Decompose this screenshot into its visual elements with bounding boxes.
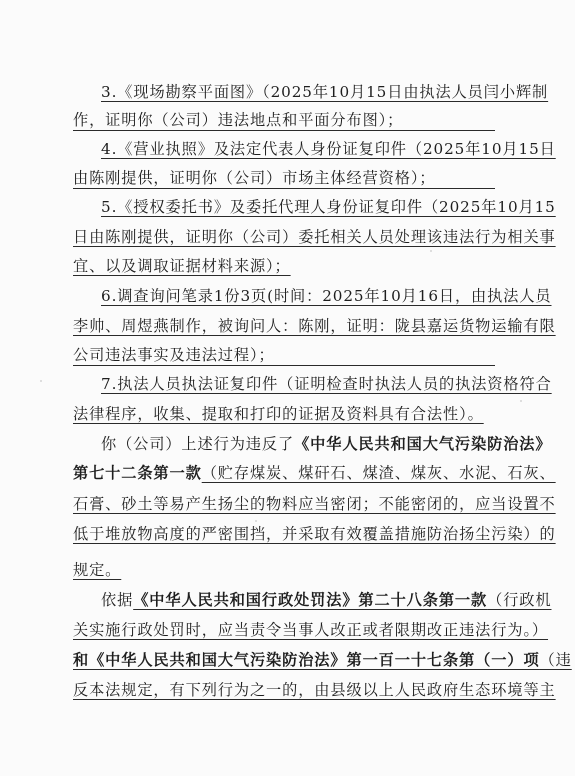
line-content: 和《中华人民共和国大气污染防治法》第一百一十七条第（一）项（违 [73,651,572,669]
document-line: 你（公司）上述行为违反了《中华人民共和国大气污染防治法》 [101,434,495,456]
body-text: 5.《授权委托书》及委托代理人身份证复印件（2025年10月15 [101,198,556,216]
document-line: 7.执法人员执法证复印件（证明检查时执法人员的执法资格符合 [101,374,495,396]
document-line: 低于堆放物高度的严密围挡，并采取有效覆盖措施防治扬尘污染）的 [73,524,495,546]
line-content: 低于堆放物高度的严密围挡，并采取有效覆盖措施防治扬尘污染）的 [73,525,556,543]
document-line: 作，证明你（公司）违法地点和平面分布图）； [73,110,495,132]
body-text: 公司违法事实及违法过程）； [73,346,275,364]
body-text: 反本法规定，有下列行为之一的，由县级以上人民政府生态环境等主 [73,681,556,699]
body-text: （贮存煤炭、煤矸石、煤渣、煤灰、水泥、石灰、 [202,464,556,482]
document-line: 宜、以及调取证据材料来源）； [73,256,495,278]
body-text: 作，证明你（公司）违法地点和平面分布图）； [73,111,403,129]
body-text: 6.调查询问笔录1份3页(时间：2025年10月16日，由执法人员 [101,287,552,305]
line-content: 关实施行政处罚时，应当责令当事人改正或者限期改正违法行为。） [73,621,548,639]
body-text: 4.《营业执照》及法定代表人身份证复印件（2025年10月15日 [101,140,556,158]
body-text: 低于堆放物高度的严密围挡，并采取有效覆盖措施防治扬尘污染）的 [73,525,556,543]
line-content: 日由陈刚提供，证明你（公司）委托相关人员处理该违法行为相关事 [73,228,556,246]
line-content: 作，证明你（公司）违法地点和平面分布图）； [73,110,495,131]
document-line: 反本法规定，有下列行为之一的，由县级以上人民政府生态环境等主 [73,680,495,702]
body-text: 法律程序，收集、提取和打印的证据及资料具有合法性）。 [73,405,484,423]
line-content: 依据《中华人民共和国行政处罚法》第二十八条第一款（行政机 [101,591,551,609]
document-line: 公司违法事实及违法过程）； [73,345,495,367]
body-text: 李帅、周煜燕制作，被询问人：陈刚，证明：陇县嘉运货物运输有限 [73,317,556,335]
body-text: （违 [540,651,572,669]
body-text: 3.《现场勘察平面图》（2025年10月15日由执法人员闫小辉制 [101,83,548,101]
line-content: 法律程序，收集、提取和打印的证据及资料具有合法性）。 [73,405,484,423]
line-content: 规定。 [73,561,121,579]
document-line: 4.《营业执照》及法定代表人身份证复印件（2025年10月15日 [101,139,495,161]
line-content: 由陈刚提供，证明你（公司）市场主体经营资格）； [73,168,495,189]
document-line: 关实施行政处罚时，应当责令当事人改正或者限期改正违法行为。） [73,620,495,642]
line-content: 5.《授权委托书》及委托代理人身份证复印件（2025年10月15 [101,198,556,216]
document-line: 石膏、砂土等易产生扬尘的物料应当密闭；不能密闭的，应当设置不 [73,494,495,516]
law-reference-text: 和《中华人民共和国大气污染防治法》第一百一十七条第（一）项 [73,651,540,669]
line-content: 第七十二条第一款（贮存煤炭、煤矸石、煤渣、煤灰、水泥、石灰、 [73,464,556,482]
line-content: 宜、以及调取证据材料来源）； [73,257,291,275]
line-content: 石膏、砂土等易产生扬尘的物料应当密闭；不能密闭的，应当设置不 [73,495,556,513]
body-text: 石膏、砂土等易产生扬尘的物料应当密闭；不能密闭的，应当设置不 [73,495,556,513]
body-text: （行政机 [487,591,551,609]
document-line: 6.调查询问笔录1份3页(时间：2025年10月16日，由执法人员 [101,286,495,308]
body-text: 依据 [101,591,133,609]
document-line: 日由陈刚提供，证明你（公司）委托相关人员处理该违法行为相关事 [73,227,495,249]
document-line: 法律程序，收集、提取和打印的证据及资料具有合法性）。 [73,404,495,426]
body-text: 日由陈刚提供，证明你（公司）委托相关人员处理该违法行为相关事 [73,228,556,246]
document-line: 5.《授权委托书》及委托代理人身份证复印件（2025年10月15 [101,197,495,219]
document-line: 和《中华人民共和国大气污染防治法》第一百一十七条第（一）项（违 [73,650,495,672]
document-line: 规定。 [73,560,495,582]
line-content: 李帅、周煜燕制作，被询问人：陈刚，证明：陇县嘉运货物运输有限 [73,317,556,335]
line-content: 反本法规定，有下列行为之一的，由县级以上人民政府生态环境等主 [73,681,556,699]
document-line: 3.《现场勘察平面图》（2025年10月15日由执法人员闫小辉制 [101,82,495,104]
line-content: 公司违法事实及违法过程）； [73,345,495,366]
law-reference-text: 《中华人民共和国行政处罚法》第二十八条第一款 [133,591,487,609]
body-text: 关实施行政处罚时，应当责令当事人改正或者限期改正违法行为。） [73,621,548,639]
line-content: 7.执法人员执法证复印件（证明检查时执法人员的执法资格符合 [101,375,552,393]
body-text: 规定。 [73,561,121,579]
body-text: 7.执法人员执法证复印件（证明检查时执法人员的执法资格符合 [101,375,552,393]
law-reference-text: 《中华人民共和国大气污染防治法》 [294,435,551,453]
line-content: 4.《营业执照》及法定代表人身份证复印件（2025年10月15日 [101,140,556,158]
body-text: 由陈刚提供，证明你（公司）市场主体经营资格）； [73,169,435,187]
document-line: 由陈刚提供，证明你（公司）市场主体经营资格）； [73,168,495,190]
document-line: 第七十二条第一款（贮存煤炭、煤矸石、煤渣、煤灰、水泥、石灰、 [73,463,495,485]
document-line: 李帅、周煜燕制作，被询问人：陈刚，证明：陇县嘉运货物运输有限 [73,316,495,338]
body-text: 你（公司）上述行为违反了 [101,435,294,453]
body-text: 宜、以及调取证据材料来源）； [73,257,291,275]
document-page: 3.《现场勘察平面图》（2025年10月15日由执法人员闫小辉制作，证明你（公司… [0,0,575,776]
document-line: 依据《中华人民共和国行政处罚法》第二十八条第一款（行政机 [101,590,495,612]
line-content: 3.《现场勘察平面图》（2025年10月15日由执法人员闫小辉制 [101,83,548,101]
line-content: 6.调查询问笔录1份3页(时间：2025年10月16日，由执法人员 [101,287,552,305]
line-content: 你（公司）上述行为违反了《中华人民共和国大气污染防治法》 [101,435,551,453]
law-reference-text: 第七十二条第一款 [73,464,202,482]
